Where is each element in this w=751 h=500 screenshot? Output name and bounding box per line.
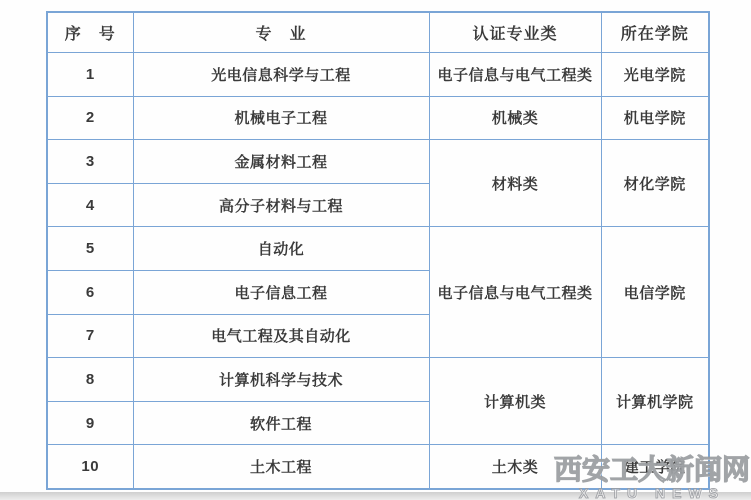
header-cell-no: 序 号 bbox=[47, 12, 133, 53]
header-cell-category: 认证专业类 bbox=[429, 12, 601, 53]
cell-no: 3 bbox=[47, 140, 133, 184]
cell-no: 9 bbox=[47, 401, 133, 445]
cell-major: 机械电子工程 bbox=[133, 96, 429, 140]
cell-no: 6 bbox=[47, 270, 133, 314]
cell-college-merged: 材化学院 bbox=[601, 140, 709, 227]
cell-college-merged: 电信学院 bbox=[601, 227, 709, 358]
cell-major: 软件工程 bbox=[133, 401, 429, 445]
cell-major: 自动化 bbox=[133, 227, 429, 271]
cell-college-merged: 计算机学院 bbox=[601, 358, 709, 445]
cell-major: 电子信息工程 bbox=[133, 270, 429, 314]
cell-college: 机电学院 bbox=[601, 96, 709, 140]
table-row: 5 自动化 电子信息与电气工程类 电信学院 bbox=[47, 227, 709, 271]
cell-category-merged: 计算机类 bbox=[429, 358, 601, 445]
cell-no: 8 bbox=[47, 358, 133, 402]
cell-no: 5 bbox=[47, 227, 133, 271]
cell-no: 2 bbox=[47, 96, 133, 140]
cell-category: 机械类 bbox=[429, 96, 601, 140]
cell-major: 金属材料工程 bbox=[133, 140, 429, 184]
table-row: 10 土木工程 土木类 建工学院 bbox=[47, 445, 709, 489]
header-cell-major: 专 业 bbox=[133, 12, 429, 53]
cell-category: 电子信息与电气工程类 bbox=[429, 53, 601, 97]
majors-table-container: 序 号 专 业 认证专业类 所在学院 1 光电信息科学与工程 电子信息与电气工程… bbox=[46, 11, 710, 490]
cell-major: 土木工程 bbox=[133, 445, 429, 489]
cell-major: 电气工程及其自动化 bbox=[133, 314, 429, 358]
cell-no: 10 bbox=[47, 445, 133, 489]
cell-no: 1 bbox=[47, 53, 133, 97]
cell-category-merged: 材料类 bbox=[429, 140, 601, 227]
cell-no: 7 bbox=[47, 314, 133, 358]
page-bottom-edge bbox=[0, 492, 751, 500]
cell-category-merged: 电子信息与电气工程类 bbox=[429, 227, 601, 358]
table-row: 3 金属材料工程 材料类 材化学院 bbox=[47, 140, 709, 184]
table-row: 8 计算机科学与技术 计算机类 计算机学院 bbox=[47, 358, 709, 402]
table-row: 1 光电信息科学与工程 电子信息与电气工程类 光电学院 bbox=[47, 53, 709, 97]
cell-major: 高分子材料与工程 bbox=[133, 183, 429, 227]
table-row: 2 机械电子工程 机械类 机电学院 bbox=[47, 96, 709, 140]
cell-college: 建工学院 bbox=[601, 445, 709, 489]
cell-category: 土木类 bbox=[429, 445, 601, 489]
cell-college: 光电学院 bbox=[601, 53, 709, 97]
cell-major: 计算机科学与技术 bbox=[133, 358, 429, 402]
majors-table: 序 号 专 业 认证专业类 所在学院 1 光电信息科学与工程 电子信息与电气工程… bbox=[46, 11, 710, 490]
cell-no: 4 bbox=[47, 183, 133, 227]
cell-major: 光电信息科学与工程 bbox=[133, 53, 429, 97]
header-cell-college: 所在学院 bbox=[601, 12, 709, 53]
header-row: 序 号 专 业 认证专业类 所在学院 bbox=[47, 12, 709, 53]
